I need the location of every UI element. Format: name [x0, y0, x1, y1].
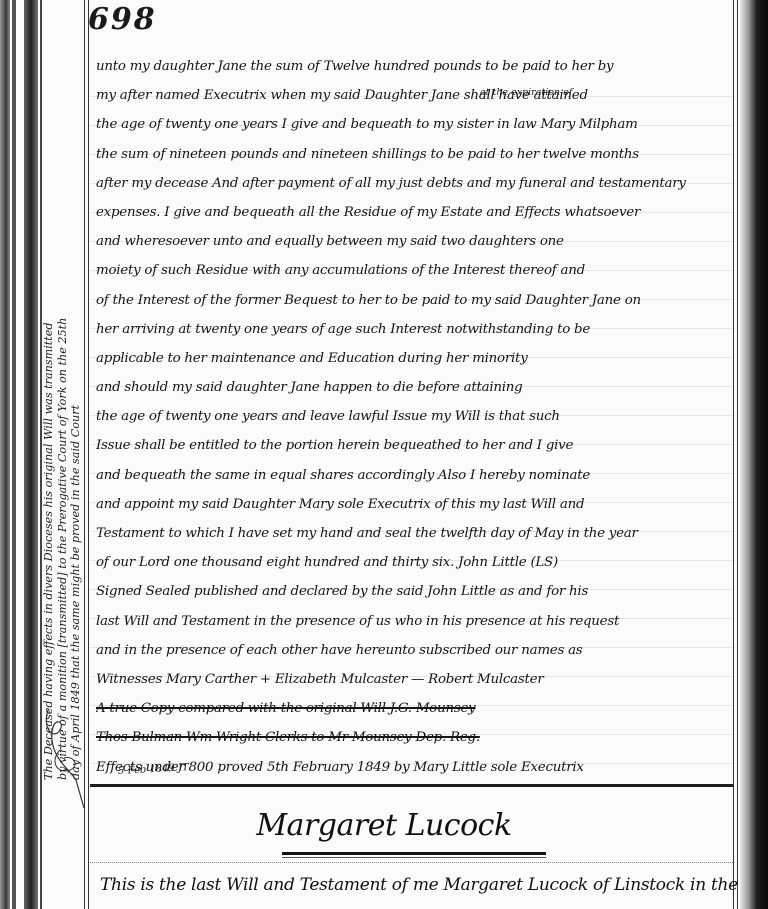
text-line: the age of twenty one years I give and b…	[96, 110, 732, 139]
attestation-line: last Will and Testament in the presence …	[96, 607, 732, 636]
text-line: and should my said daughter Jane happen …	[96, 373, 732, 402]
text-line: and wheresoever unto and equally between…	[96, 227, 732, 256]
binding-edge	[12, 0, 16, 909]
page-number: 698	[88, 2, 157, 37]
binding-edge	[0, 0, 10, 909]
margin-annotation: The Deceased having effects in divers Di…	[42, 40, 82, 780]
heading-underline	[282, 852, 546, 855]
document-page: The Deceased having effects in divers Di…	[0, 0, 768, 909]
right-margin-rule	[737, 0, 738, 909]
will-body-text: unto my daughter Jane the sum of Twelve …	[96, 52, 732, 782]
probate-note: Effects under 800 proved 5th February 18…	[96, 753, 732, 782]
text-line: expenses. I give and bequeath all the Re…	[96, 198, 732, 227]
text-line: Issue shall be entitled to the portion h…	[96, 431, 732, 460]
text-line: moiety of such Residue with any accumula…	[96, 256, 732, 285]
dotted-rule	[90, 862, 733, 863]
witnesses-line: Witnesses Mary Carther + Elizabeth Mulca…	[96, 665, 732, 694]
text-line: after my decease And after payment of al…	[96, 169, 732, 198]
text-line: the age of twenty one years and leave la…	[96, 402, 732, 431]
right-margin-rule	[733, 0, 734, 909]
heading-underline	[282, 857, 546, 858]
testator-heading: Margaret Lucock	[0, 808, 768, 843]
next-will-opening-line: This is the last Will and Testament of m…	[100, 875, 738, 895]
text-line: unto my daughter Jane the sum of Twelve …	[96, 52, 732, 81]
struck-copy-note: A true Copy compared with the original W…	[96, 694, 732, 723]
page-gutter-shadow	[740, 0, 768, 909]
text-line: applicable to her maintenance and Educat…	[96, 344, 732, 373]
text-line: and appoint my said Daughter Mary sole E…	[96, 490, 732, 519]
section-divider	[90, 784, 733, 787]
text-line: her arriving at twenty one years of age …	[96, 315, 732, 344]
attestation-line: Signed Sealed published and declared by …	[96, 577, 732, 606]
struck-clerks-note: Thos Bulman Wm Wright Clerks to Mr Mouns…	[96, 723, 732, 752]
margin-annotation-line: day of April 1849 that the same might be…	[69, 40, 83, 780]
text-line: my after named Executrix when my said Da…	[96, 81, 732, 110]
text-line: Testament to which I have set my hand an…	[96, 519, 732, 548]
text-line: the sum of nineteen pounds and nineteen …	[96, 140, 732, 169]
attestation-line: and in the presence of each other have h…	[96, 636, 732, 665]
margin-annotation-line: The Deceased having effects in divers Di…	[42, 40, 56, 780]
text-line: and bequeath the same in equal shares ac…	[96, 461, 732, 490]
signature-line: of our Lord one thousand eight hundred a…	[96, 548, 732, 577]
registrar-flourish-mark	[40, 700, 90, 810]
margin-annotation-line: by virtue of a monition [transmitted] to…	[56, 40, 70, 780]
binding-edge	[24, 0, 38, 909]
text-line: of the Interest of the former Bequest to…	[96, 286, 732, 315]
